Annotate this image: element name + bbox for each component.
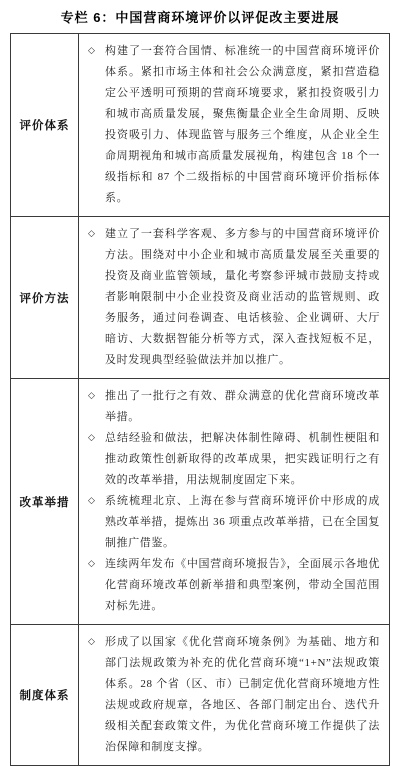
bullet-item: ◇ 构建了一套符合国情、标准统一的中国营商环境评价体系。紧扣市场主体和社会公众满… (88, 41, 380, 209)
bullet-text: 系统梳理北京、上海在参与营商环境评价中形成的成熟改革举措，提炼出 36 项重点改… (105, 491, 380, 554)
diamond-bullet-icon: ◇ (88, 554, 105, 575)
row-label-reform-measures: 改革举措 (11, 379, 79, 625)
bullet-text: 构建了一套符合国情、标准统一的中国营商环境评价体系。紧扣市场主体和社会公众满意度… (105, 41, 380, 209)
row-label-evaluation-method: 评价方法 (11, 217, 79, 379)
row-label-evaluation-system: 评价体系 (11, 34, 79, 217)
bullet-item: ◇ 形成了以国家《优化营商环境条例》为基础、地方和部门法规政策为补充的优化营商环… (88, 632, 380, 758)
table-row: 评价方法 ◇ 建立了一套科学客观、多方参与的中国营商环境评价方法。围绕对中小企业… (11, 217, 390, 379)
bullet-text: 形成了以国家《优化营商环境条例》为基础、地方和部门法规政策为补充的优化营商环境“… (105, 632, 380, 758)
progress-table: 评价体系 ◇ 构建了一套符合国情、标准统一的中国营商环境评价体系。紧扣市场主体和… (10, 33, 390, 766)
diamond-bullet-icon: ◇ (88, 632, 105, 653)
diamond-bullet-icon: ◇ (88, 491, 105, 512)
bullet-item: ◇ 连续两年发布《中国营商环境报告》，全面展示各地优化营商环境改革创新举措和典型… (88, 554, 380, 617)
bullet-item: ◇ 建立了一套科学客观、多方参与的中国营商环境评价方法。围绕对中小企业和城市高质… (88, 224, 380, 371)
row-content: ◇ 建立了一套科学客观、多方参与的中国营商环境评价方法。围绕对中小企业和城市高质… (79, 217, 390, 379)
table-row: 改革举措 ◇ 推出了一批行之有效、群众满意的优化营商环境改革举措。 ◇ 总结经验… (11, 379, 390, 625)
row-content: ◇ 推出了一批行之有效、群众满意的优化营商环境改革举措。 ◇ 总结经验和做法，把… (79, 379, 390, 625)
row-content: ◇ 构建了一套符合国情、标准统一的中国营商环境评价体系。紧扣市场主体和社会公众满… (79, 34, 390, 217)
report-page: 专栏 6：中国营商环境评价以评促改主要进展 评价体系 ◇ 构建了一套符合国情、标… (0, 0, 400, 766)
box-title: 专栏 6：中国营商环境评价以评促改主要进展 (0, 7, 400, 26)
table-row: 评价体系 ◇ 构建了一套符合国情、标准统一的中国营商环境评价体系。紧扣市场主体和… (11, 34, 390, 217)
bullet-item: ◇ 推出了一批行之有效、群众满意的优化营商环境改革举措。 (88, 386, 380, 428)
bullet-item: ◇ 总结经验和做法，把解决体制性障碍、机制性梗阻和推动政策性创新取得的改革成果，… (88, 428, 380, 491)
row-content: ◇ 形成了以国家《优化营商环境条例》为基础、地方和部门法规政策为补充的优化营商环… (79, 625, 390, 766)
bullet-text: 推出了一批行之有效、群众满意的优化营商环境改革举措。 (105, 386, 380, 428)
bullet-item: ◇ 系统梳理北京、上海在参与营商环境评价中形成的成熟改革举措，提炼出 36 项重… (88, 491, 380, 554)
diamond-bullet-icon: ◇ (88, 386, 105, 407)
bullet-text: 建立了一套科学客观、多方参与的中国营商环境评价方法。围绕对中小企业和城市高质量发… (105, 224, 380, 371)
diamond-bullet-icon: ◇ (88, 224, 105, 245)
diamond-bullet-icon: ◇ (88, 428, 105, 449)
bullet-text: 连续两年发布《中国营商环境报告》，全面展示各地优化营商环境改革创新举措和典型案例… (105, 554, 380, 617)
diamond-bullet-icon: ◇ (88, 41, 105, 62)
bullet-text: 总结经验和做法，把解决体制性障碍、机制性梗阻和推动政策性创新取得的改革成果，把实… (105, 428, 380, 491)
row-label-institutional-system: 制度体系 (11, 625, 79, 766)
table-row: 制度体系 ◇ 形成了以国家《优化营商环境条例》为基础、地方和部门法规政策为补充的… (11, 625, 390, 766)
